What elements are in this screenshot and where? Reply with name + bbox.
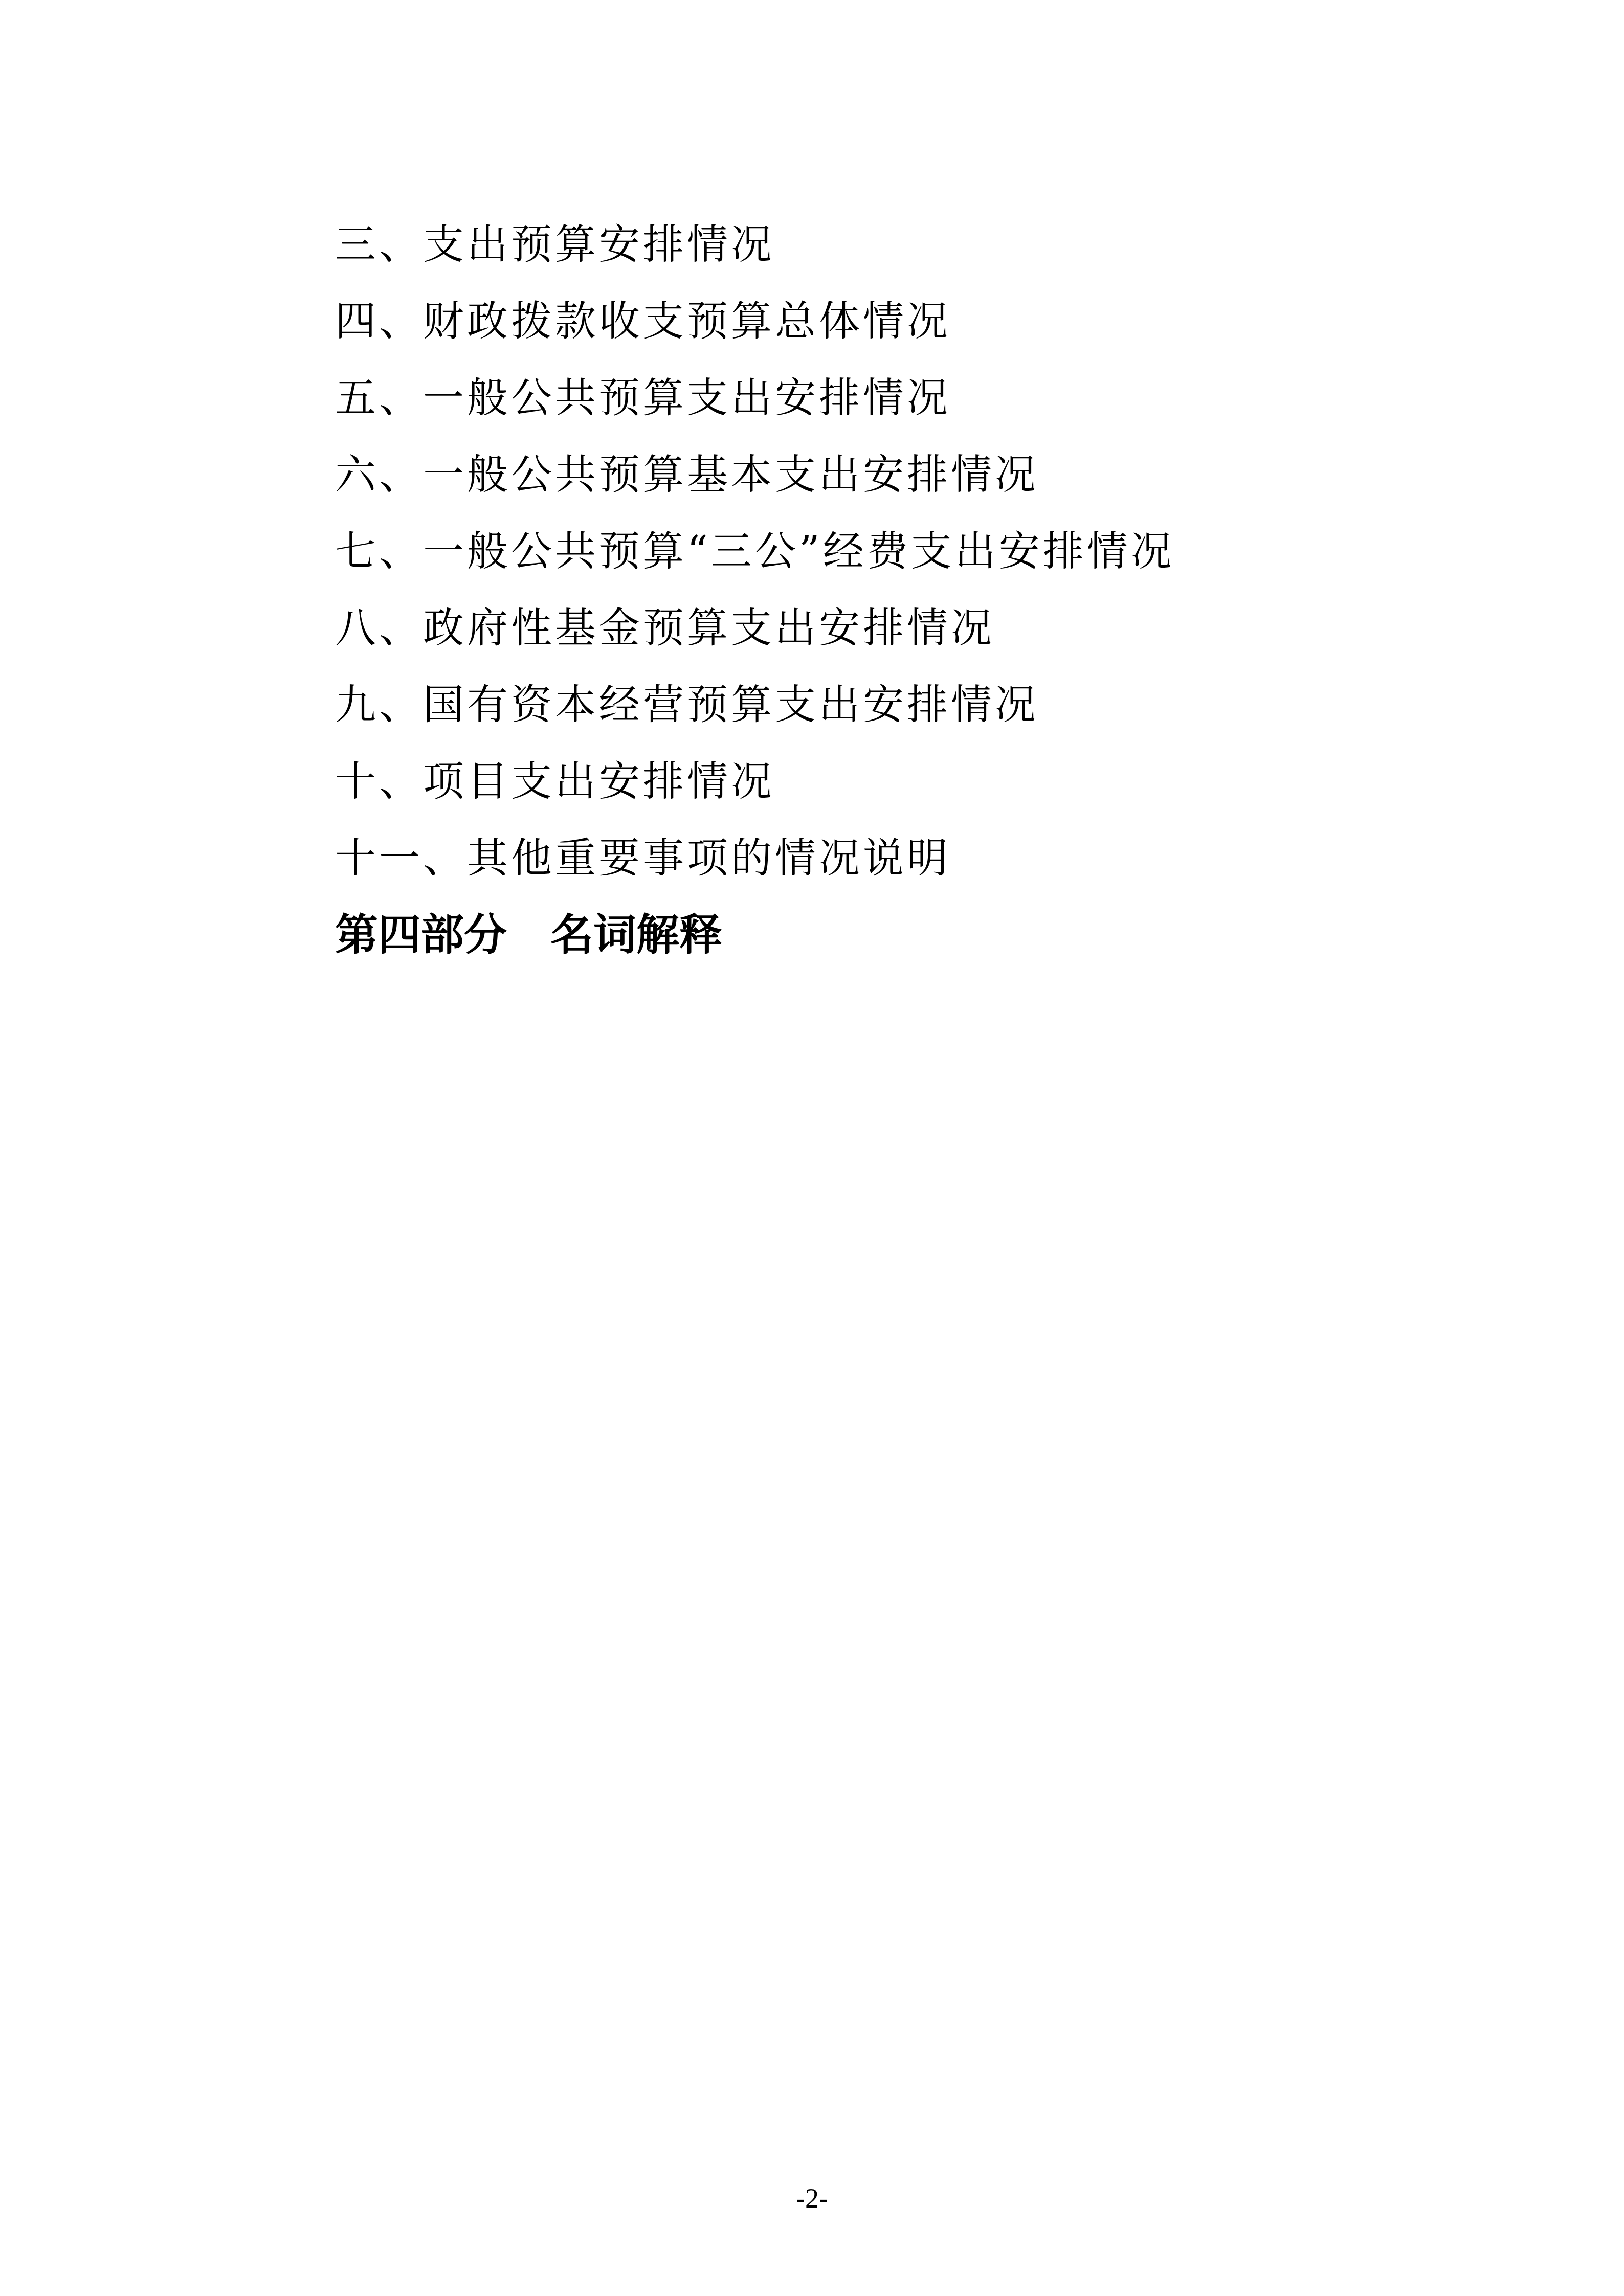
toc-item-number: 七、 — [335, 527, 423, 575]
toc-item-title: 政府性基金预算支出安排情况 — [423, 604, 995, 651]
toc-item-5: 五、一般公共预算支出安排情况 — [335, 367, 1175, 444]
toc-item-3: 三、支出预算安排情况 — [335, 214, 1175, 290]
table-of-contents: 三、支出预算安排情况 四、财政拨款收支预算总体情况 五、一般公共预算支出安排情况… — [335, 214, 1175, 981]
page-number: -2- — [0, 2182, 1624, 2214]
toc-item-10: 十、项目支出安排情况 — [335, 751, 1175, 827]
toc-item-7: 七、一般公共预算“三公”经费支出安排情况 — [335, 521, 1175, 597]
document-page: 三、支出预算安排情况 四、财政拨款收支预算总体情况 五、一般公共预算支出安排情况… — [0, 0, 1624, 2296]
toc-item-number: 四、 — [335, 297, 423, 345]
toc-item-title: 项目支出安排情况 — [423, 757, 775, 805]
toc-item-title: 财政拨款收支预算总体情况 — [423, 297, 951, 345]
toc-item-number: 三、 — [335, 220, 423, 268]
toc-item-title: 一般公共预算支出安排情况 — [423, 374, 951, 421]
toc-item-number: 六、 — [335, 451, 423, 498]
toc-item-number: 八、 — [335, 604, 423, 651]
toc-item-number: 十、 — [335, 757, 423, 805]
toc-item-title: 一般公共预算“三公”经费支出安排情况 — [423, 527, 1175, 575]
toc-item-8: 八、政府性基金预算支出安排情况 — [335, 597, 1175, 674]
toc-item-11: 十一、其他重要事项的情况说明 — [335, 827, 1175, 904]
toc-item-number: 九、 — [335, 681, 423, 728]
part-heading-part: 第四部分 — [335, 910, 507, 960]
toc-item-title: 一般公共预算基本支出安排情况 — [423, 451, 1039, 498]
toc-item-4: 四、财政拨款收支预算总体情况 — [335, 290, 1175, 367]
toc-item-title: 国有资本经营预算支出安排情况 — [423, 681, 1039, 728]
toc-item-6: 六、一般公共预算基本支出安排情况 — [335, 444, 1175, 521]
toc-item-9: 九、国有资本经营预算支出安排情况 — [335, 674, 1175, 751]
toc-item-number: 十一、 — [335, 834, 467, 882]
part-heading: 第四部分名词解释 — [335, 904, 1175, 981]
part-heading-title: 名词解释 — [550, 910, 722, 960]
toc-item-number: 五、 — [335, 374, 423, 421]
toc-item-title: 支出预算安排情况 — [423, 220, 775, 268]
toc-item-title: 其他重要事项的情况说明 — [467, 834, 951, 882]
